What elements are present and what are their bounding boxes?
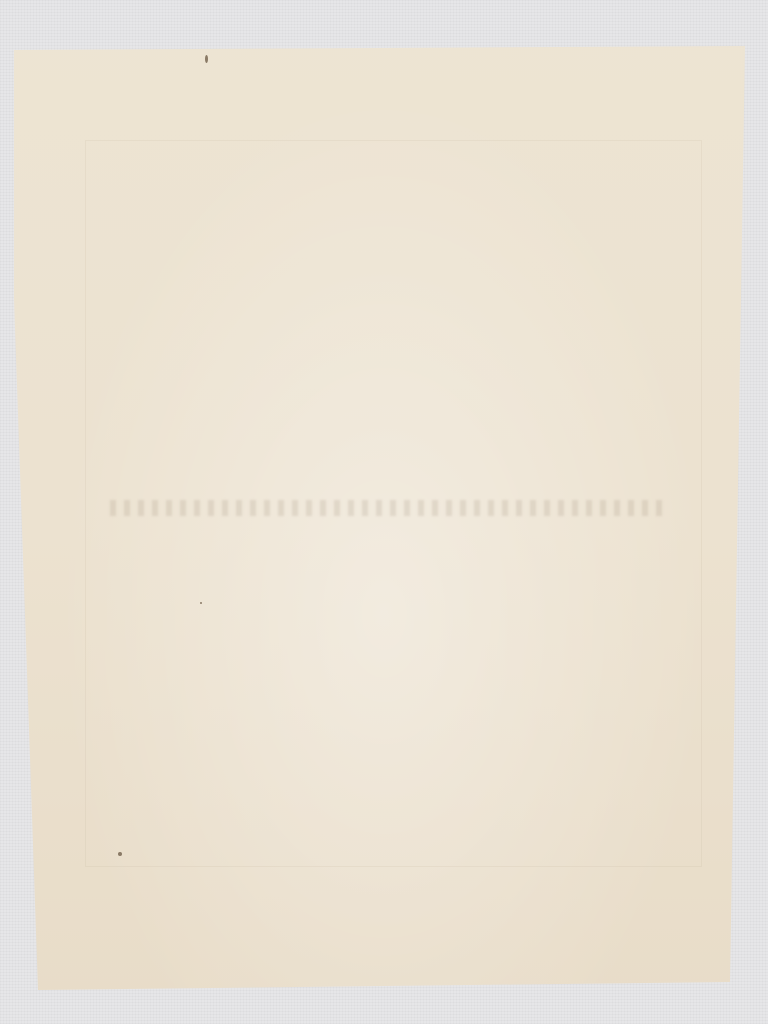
paper-blemish (200, 602, 202, 604)
paper-blemish (118, 852, 122, 856)
faint-show-through (110, 500, 670, 516)
paper-blemish (205, 55, 208, 63)
photo (0, 0, 768, 1024)
paper-sheet (0, 0, 768, 1024)
